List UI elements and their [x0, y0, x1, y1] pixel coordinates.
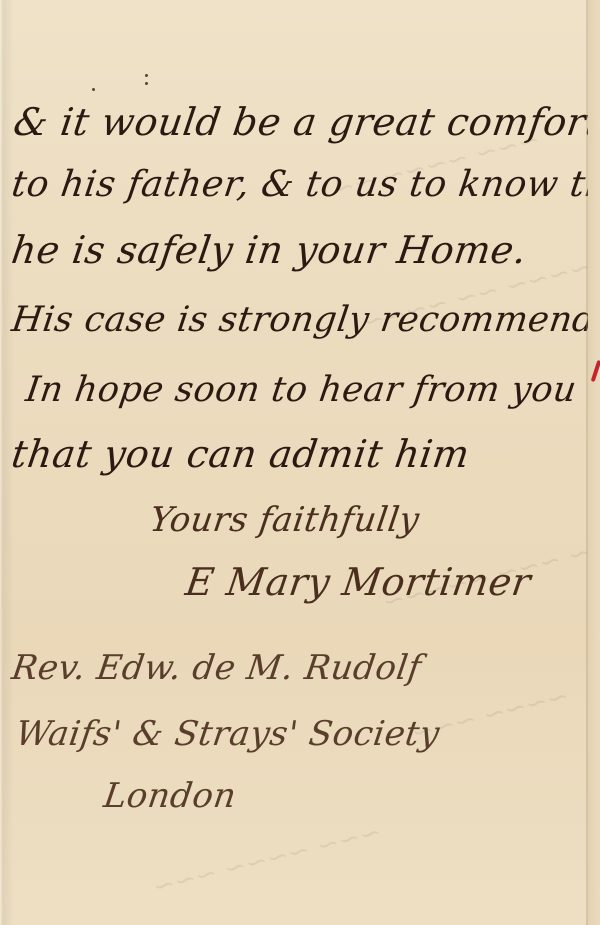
ink-speck [145, 82, 148, 85]
letter-line-3: he is safely in your Home. [9, 228, 530, 272]
letter-line-6: that you can admit him [9, 432, 473, 476]
letter-line-1: & it would be a great comfort [11, 100, 600, 144]
letter-line-4: His case is strongly recommended [9, 300, 600, 340]
addressee-name: Rev. Edw. de M. Rudolf [9, 648, 424, 688]
ink-speck [92, 88, 95, 91]
ink-speck [145, 74, 148, 77]
addressee-organization: Waifs' & Strays' Society [13, 714, 442, 754]
letter-line-5: In hope soon to hear from you [23, 370, 579, 410]
signature: E Mary Mortimer [183, 560, 534, 604]
show-through-text: ~~~ ~~~~ ~~~ [150, 817, 385, 903]
adjacent-page-edge [588, 0, 600, 925]
addressee-city: London [101, 776, 239, 816]
letter-line-2: to his father, & to us to know that [9, 164, 600, 205]
closing-salutation: Yours faithfully [147, 500, 422, 540]
letter-page: ~~~ ~~~~ ~~ ~~~~ ~~ ~~~~ ~~ ~~~ ~~~~~ ~~… [0, 0, 600, 925]
